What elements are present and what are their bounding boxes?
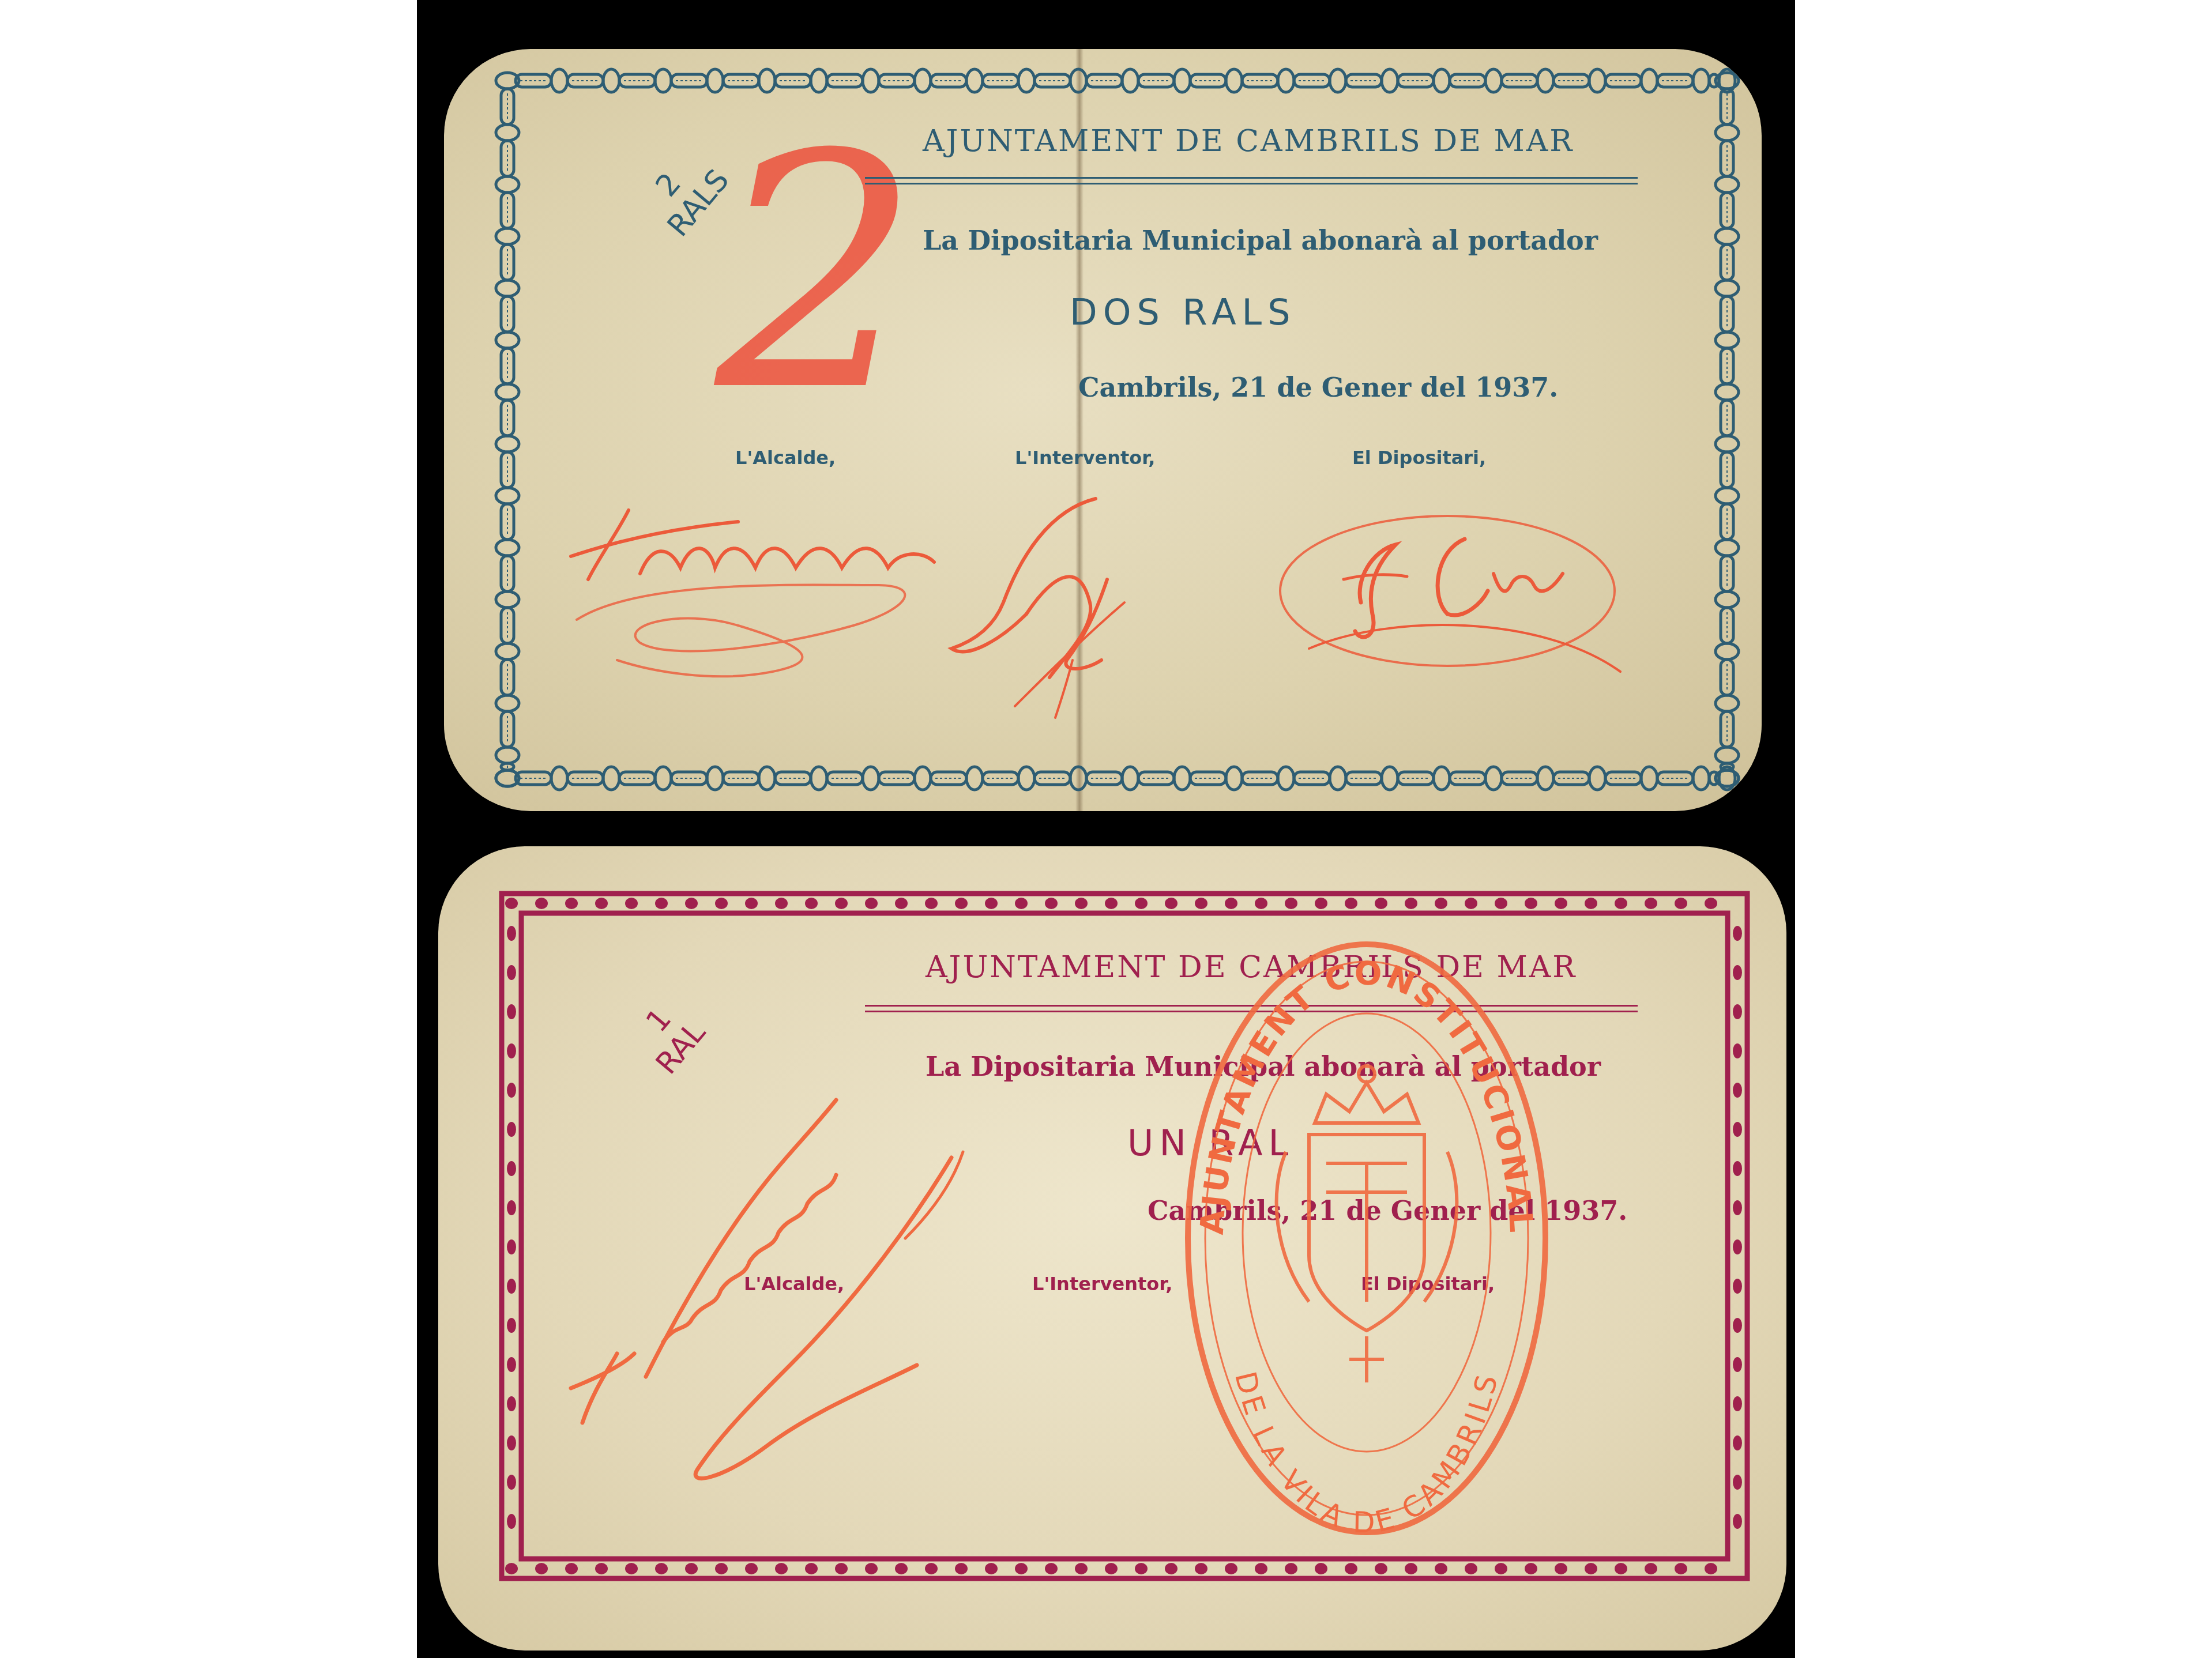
signatory-title-alcalde: L'Alcalde, <box>735 447 836 469</box>
signature-interventor <box>934 487 1165 729</box>
amount-text: DOS RALS <box>1070 291 1296 333</box>
overprint-numeral: 2 <box>715 112 920 435</box>
stamp-bottom-text: DE LA VILA DE CAMBRILS <box>1228 1368 1505 1539</box>
signature-alcalde <box>554 487 957 695</box>
header-rule-2 <box>865 183 1638 184</box>
banknote-un-ral: 1 RAL AJUNTAMENT DE CAMBRILS DE MAR La D… <box>438 846 1786 1651</box>
issuer-heading: AJUNTAMENT DE CAMBRILS DE MAR <box>923 124 1574 159</box>
coat-of-arms-icon <box>1277 1066 1457 1382</box>
banknote-dos-rals: 2 RALS 2 AJUNTAMENT DE CAMBRILS DE MAR L… <box>444 49 1762 811</box>
signature-dipositari <box>1274 499 1643 695</box>
signatory-title-dipositari: El Dipositari, <box>1352 447 1486 469</box>
place-date: Cambrils, 21 de Gener del 1937. <box>1078 372 1558 403</box>
signatory-title-interventor: L'Interventor, <box>1015 447 1156 469</box>
official-stamp: AJUNTAMENT CONSTITUCIONAL DE LA VILA DE … <box>1176 933 1557 1544</box>
header-rule <box>865 177 1638 179</box>
payment-promise: La Dipositaria Municipal abonarà al port… <box>923 225 1598 256</box>
signature-alcalde <box>548 1065 1067 1503</box>
